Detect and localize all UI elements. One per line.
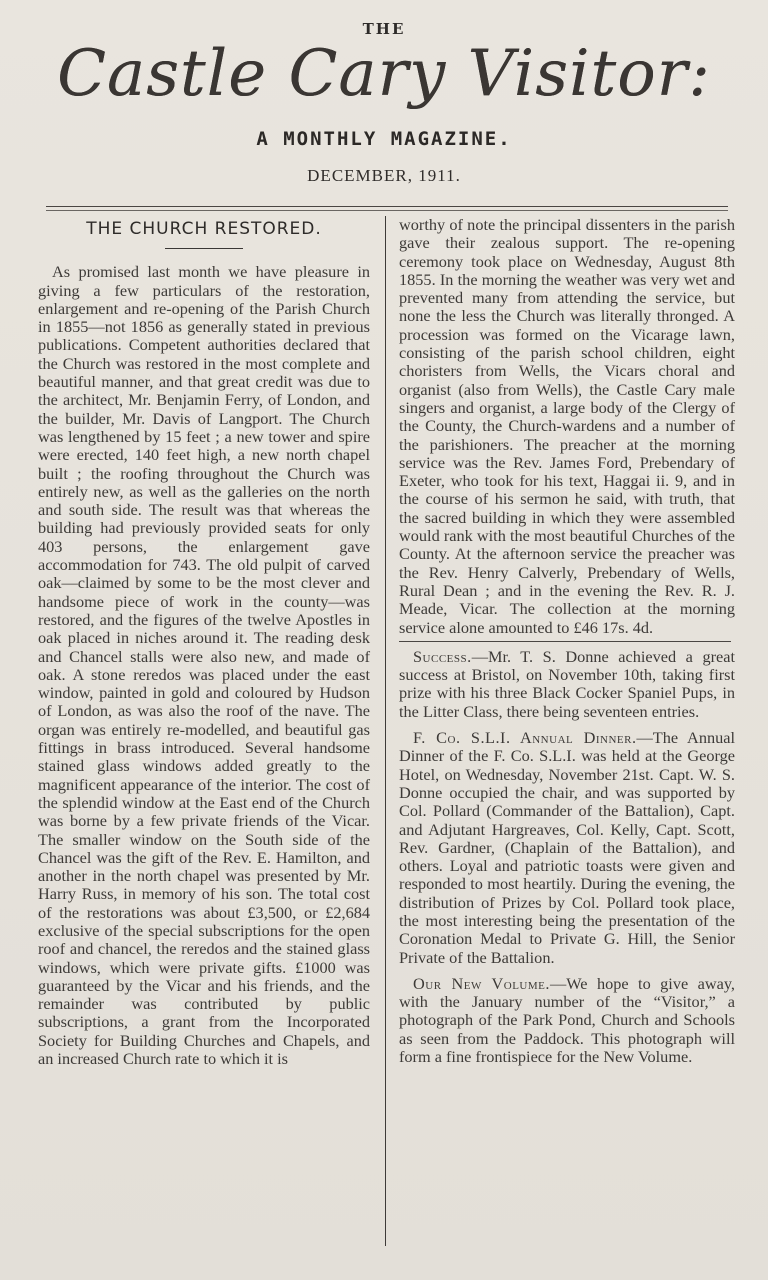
masthead-rule-secondary: [46, 210, 728, 211]
masthead-title: Castle Cary Visitor:: [0, 34, 768, 114]
news-item-body: —The Annual Dinner of the F. Co. S.L.I. …: [399, 728, 735, 967]
masthead-rule: [46, 206, 728, 207]
news-item-new-volume: Our New Volume.—We hope to give away, wi…: [399, 975, 735, 1066]
news-item-annual-dinner: F. Co. S.L.I. Annual Dinner.—The Annual …: [399, 729, 735, 967]
column-divider: [385, 216, 386, 1246]
news-item-lead: F. Co. S.L.I. Annual Dinner.: [413, 728, 637, 747]
section-rule: [399, 641, 731, 642]
news-item-success: Success.—Mr. T. S. Donne achieved a grea…: [399, 648, 735, 721]
news-item-lead: Our New Volume.: [413, 974, 550, 993]
issue-date: DECEMBER, 1911.: [0, 166, 768, 186]
magazine-page: THE Castle Cary Visitor: A MONTHLY MAGAZ…: [0, 0, 768, 1280]
left-column: THE CHURCH RESTORED. As promised last mo…: [38, 216, 370, 1068]
news-item-lead: Success.: [413, 647, 472, 666]
article-heading-church-restored: THE CHURCH RESTORED.: [38, 220, 370, 238]
right-column: worthy of note the principal dissenters …: [399, 216, 735, 1066]
article-body-church-restored-part2: worthy of note the principal dissenters …: [399, 216, 735, 637]
article-body-church-restored-part1: As promised last month we have pleasure …: [38, 263, 370, 1068]
heading-rule: [165, 248, 243, 249]
masthead-subtitle: A MONTHLY MAGAZINE.: [0, 128, 768, 150]
